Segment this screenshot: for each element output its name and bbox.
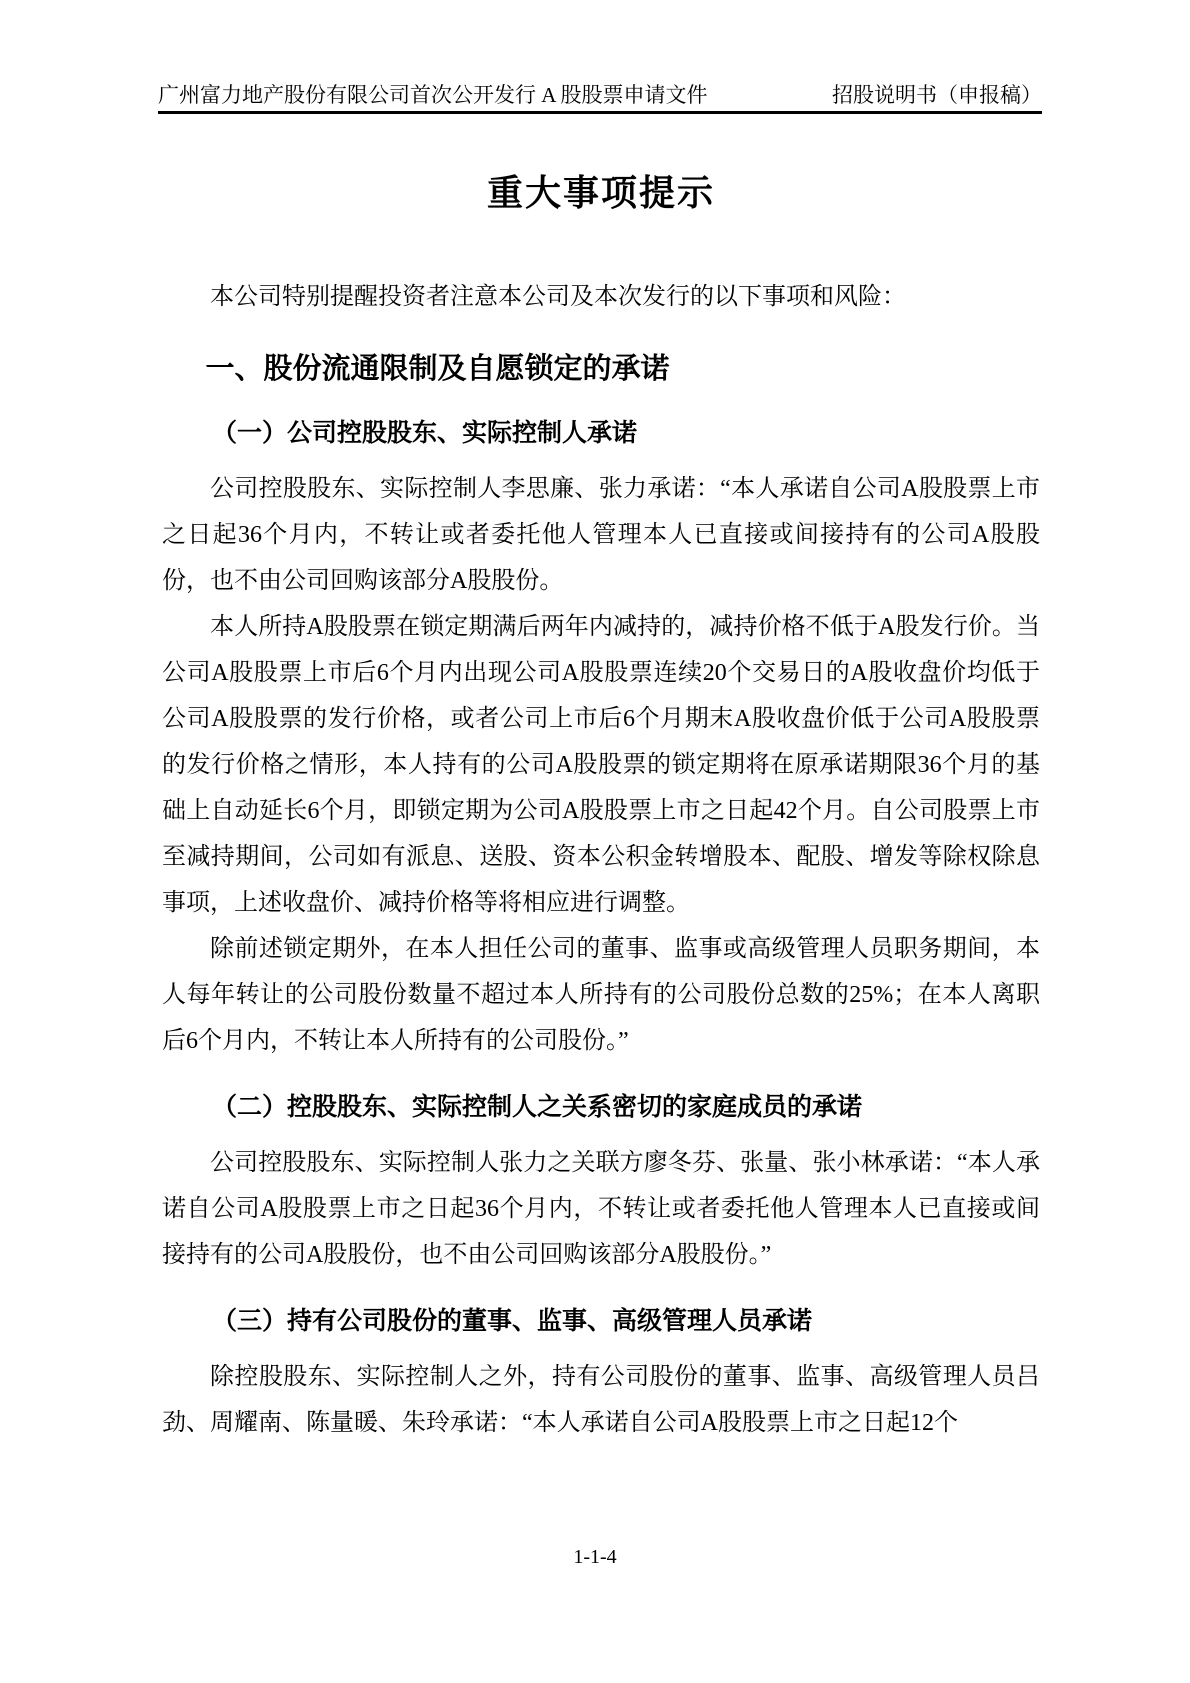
header-left-text: 广州富力地产股份有限公司首次公开发行 A 股股票申请文件: [158, 82, 708, 108]
document-body: 重大事项提示 本公司特别提醒投资者注意本公司及本次发行的以下事项和风险： 一、股…: [162, 150, 1040, 1446]
header-rule: [158, 111, 1042, 114]
section-heading-share-lockup: 一、股份流通限制及自愿锁定的承诺: [162, 348, 1040, 390]
paragraph-directors-supervisors: 除控股股东、实际控制人之外，持有公司股份的董事、监事、高级管理人员吕劲、周耀南、…: [162, 1354, 1040, 1446]
intro-paragraph: 本公司特别提醒投资者注意本公司及本次发行的以下事项和风险：: [162, 274, 1040, 320]
paragraph-controlling-shareholder-3: 除前述锁定期外，在本人担任公司的董事、监事或高级管理人员职务期间，本人每年转让的…: [162, 926, 1040, 1064]
paragraph-controlling-shareholder-1: 公司控股股东、实际控制人李思廉、张力承诺：“本人承诺自公司A股股票上市之日起36…: [162, 466, 1040, 604]
paragraph-family-members: 公司控股股东、实际控制人张力之关联方廖冬芬、张量、张小林承诺：“本人承诺自公司A…: [162, 1140, 1040, 1278]
subsection-heading-controlling-shareholder: （一）公司控股股东、实际控制人承诺: [162, 414, 1040, 452]
document-page: 广州富力地产股份有限公司首次公开发行 A 股股票申请文件 招股说明书（申报稿） …: [0, 0, 1190, 1683]
paragraph-controlling-shareholder-2: 本人所持A股股票在锁定期满后两年内减持的，减持价格不低于A股发行价。当公司A股股…: [162, 604, 1040, 926]
page-footer: 1-1-4: [0, 1544, 1190, 1570]
page-number: 1-1-4: [573, 1546, 616, 1568]
subsection-heading-family-members: （二）控股股东、实际控制人之关系密切的家庭成员的承诺: [162, 1088, 1040, 1126]
page-title: 重大事项提示: [162, 168, 1040, 218]
header-right-text: 招股说明书（申报稿）: [832, 82, 1042, 108]
page-header: 广州富力地产股份有限公司首次公开发行 A 股股票申请文件 招股说明书（申报稿）: [158, 82, 1042, 108]
subsection-heading-directors-supervisors: （三）持有公司股份的董事、监事、高级管理人员承诺: [162, 1302, 1040, 1340]
